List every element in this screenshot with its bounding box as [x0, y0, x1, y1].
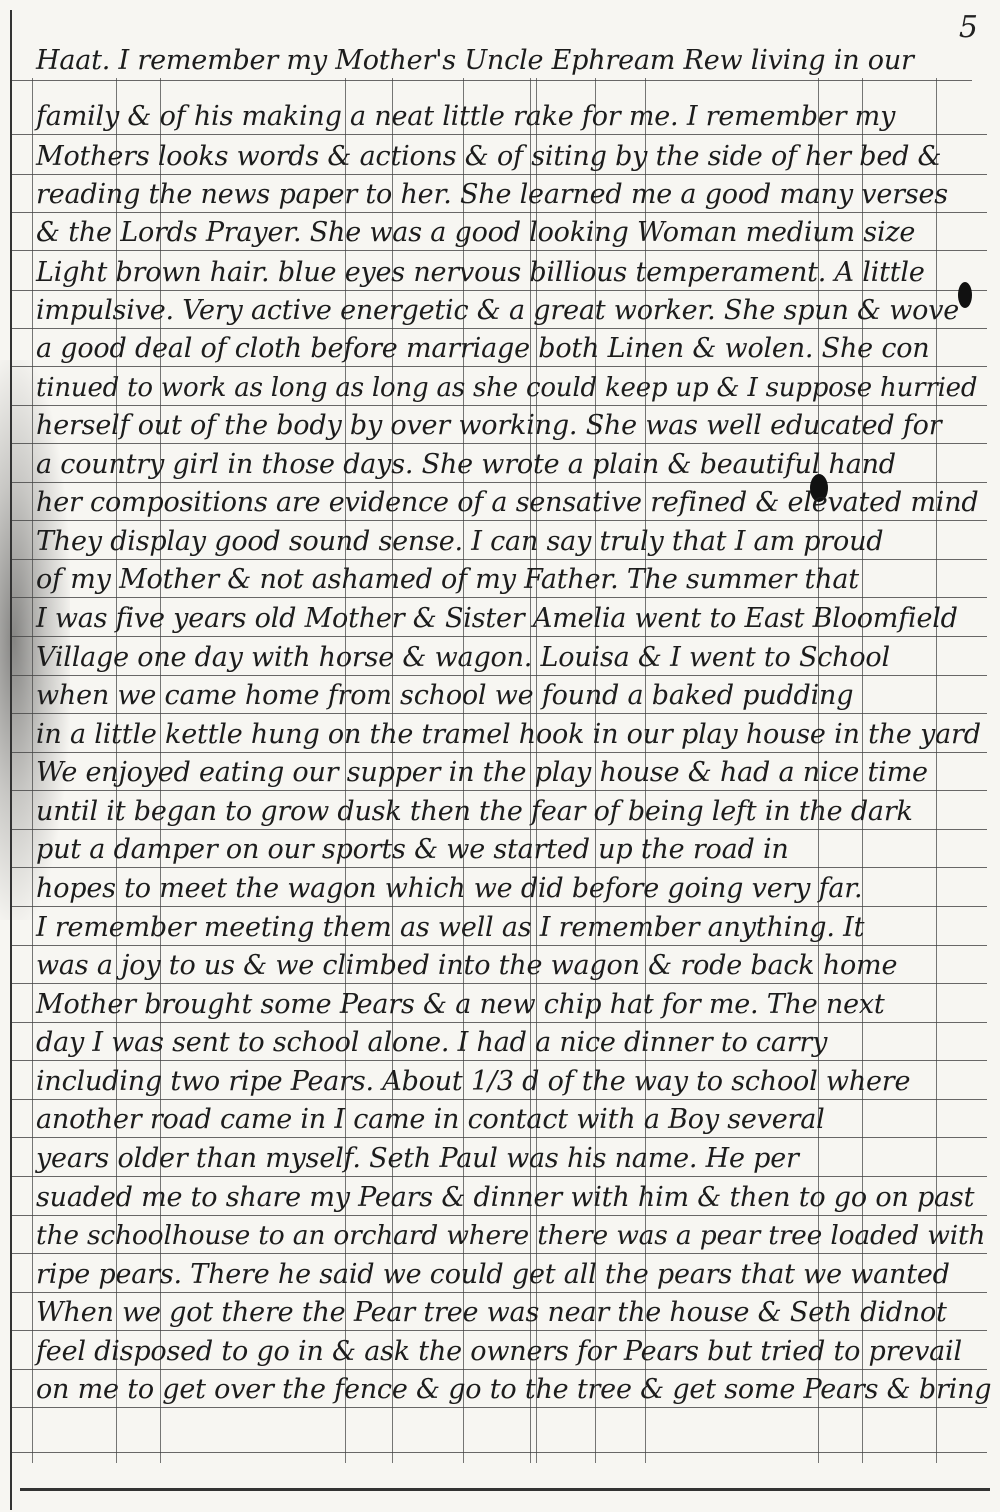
- ruled-line: [12, 559, 987, 560]
- ruled-line: [12, 520, 987, 521]
- text-line: on me to get over the fence & go to the …: [36, 1373, 991, 1407]
- text-line: a good deal of cloth before marriage bot…: [36, 332, 991, 366]
- ruled-line: [12, 328, 987, 329]
- text-line: feel disposed to go in & ask the owners …: [36, 1335, 991, 1369]
- ruled-line: [12, 1099, 987, 1100]
- text-line: until it began to grow dusk then the fea…: [36, 795, 991, 829]
- ruled-line: [12, 1292, 987, 1293]
- ruled-line: [12, 174, 987, 175]
- text-line: years older than myself. Seth Paul was h…: [36, 1142, 991, 1176]
- text-line: Mother brought some Pears & a new chip h…: [36, 988, 991, 1022]
- text-line: another road came in I came in contact w…: [36, 1103, 991, 1137]
- ruled-line: [12, 482, 987, 483]
- text-line: When we got there the Pear tree was near…: [36, 1296, 991, 1330]
- text-line: suaded me to share my Pears & dinner wit…: [36, 1181, 991, 1215]
- ruled-line: [12, 1022, 987, 1023]
- text-line: hopes to meet the wagon which we did bef…: [36, 872, 991, 906]
- ruled-line: [12, 906, 987, 907]
- ruled-line: [12, 867, 987, 868]
- ruled-line: [12, 290, 987, 291]
- text-line: I remember meeting them as well as I rem…: [36, 911, 991, 945]
- ruled-line: [12, 1176, 987, 1177]
- ruled-line: [12, 1407, 987, 1408]
- ruled-line: [12, 790, 987, 791]
- text-line: reading the news paper to her. She learn…: [36, 178, 991, 212]
- text-line: including two ripe Pears. About 1/3 d of…: [36, 1065, 991, 1099]
- ruled-line: [12, 829, 987, 830]
- bottom-rule: [20, 1488, 990, 1491]
- ruled-line: [12, 1369, 987, 1370]
- text-line: tinued to work as long as long as she co…: [36, 371, 991, 405]
- ruled-line: [12, 366, 987, 367]
- text-line: family & of his making a neat little rak…: [36, 100, 991, 134]
- ruled-line: [12, 597, 987, 598]
- ruled-line: [12, 405, 987, 406]
- ruled-line: [12, 1137, 987, 1138]
- text-line: of my Mother & not ashamed of my Father.…: [36, 563, 991, 597]
- text-line: her compositions are evidence of a sensa…: [36, 486, 991, 520]
- ruled-line: [12, 212, 987, 213]
- text-line: & the Lords Prayer. She was a good looki…: [36, 216, 991, 250]
- grid-line: [32, 78, 33, 1463]
- ruled-line: [12, 675, 987, 676]
- ruled-line: [12, 80, 972, 81]
- ruled-line: [12, 983, 987, 984]
- text-line: Haat. I remember my Mother's Uncle Ephre…: [36, 44, 991, 78]
- manuscript-page: 5 Haat. I remember my Mother's Uncle Eph…: [0, 0, 1000, 1512]
- text-line: Mothers looks words & actions & of sitin…: [36, 140, 991, 174]
- ruled-line: [12, 443, 987, 444]
- text-line: We enjoyed eating our supper in the play…: [36, 756, 991, 790]
- ruled-line: [12, 945, 987, 946]
- text-line: Light brown hair. blue eyes nervous bill…: [36, 256, 991, 290]
- ruled-line: [12, 1253, 987, 1254]
- text-line: the schoolhouse to an orchard where ther…: [36, 1219, 991, 1253]
- left-margin-rule: [10, 10, 12, 1510]
- text-line: was a joy to us & we climbed into the wa…: [36, 949, 991, 983]
- text-line: put a damper on our sports & we started …: [36, 833, 991, 867]
- ruled-line: [12, 1060, 987, 1061]
- ruled-line: [12, 1330, 987, 1331]
- text-line: day I was sent to school alone. I had a …: [36, 1026, 991, 1060]
- text-line: in a little kettle hung on the tramel ho…: [36, 718, 991, 752]
- text-line: ripe pears. There he said we could get a…: [36, 1258, 991, 1292]
- text-line: impulsive. Very active energetic & a gre…: [36, 294, 991, 328]
- text-line: Village one day with horse & wagon. Loui…: [36, 641, 991, 675]
- ruled-line: [12, 250, 987, 251]
- text-line: I was five years old Mother & Sister Ame…: [36, 602, 991, 636]
- page-number: 5: [959, 10, 978, 45]
- text-line: herself out of the body by over working.…: [36, 409, 991, 443]
- text-line: They display good sound sense. I can say…: [36, 525, 991, 559]
- ruled-line: [12, 636, 987, 637]
- ruled-line: [12, 134, 987, 135]
- ruled-line: [12, 1452, 987, 1453]
- ruled-line: [12, 752, 987, 753]
- ruled-line: [12, 713, 987, 714]
- text-line: a country girl in those days. She wrote …: [36, 448, 991, 482]
- ruled-line: [12, 1215, 987, 1216]
- text-line: when we came home from school we found a…: [36, 679, 991, 713]
